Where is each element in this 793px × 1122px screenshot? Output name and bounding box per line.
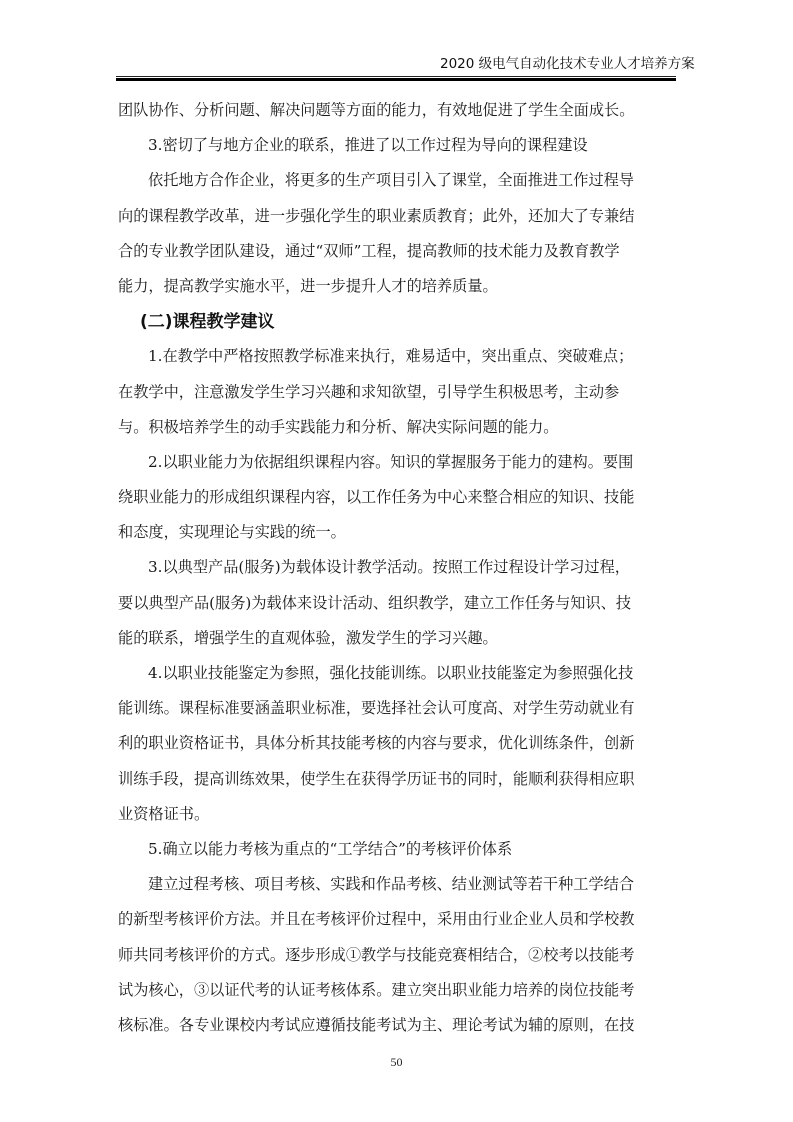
paragraph-line: 4.以职业技能鉴定为参照，强化技能训练。以职业技能鉴定为参照强化技 (118, 660, 684, 695)
paragraph-line: 业资格证书。 (118, 801, 684, 836)
paragraph-line: 合的专业教学团队建设，通过“双师”工程，提高教师的技术能力及教育教学 (118, 238, 684, 273)
paragraph-line: 5.确立以能力考核为重点的“工学结合”的考核评价体系 (118, 836, 684, 871)
paragraph-line: 1.在教学中严格按照教学标准来执行，难易适中，突出重点、突破难点； (118, 343, 684, 378)
paragraph-line: 训练手段，提高训练效果，使学生在获得学历证书的同时，能顺利获得相应职 (118, 766, 684, 801)
page-number: 50 (0, 1055, 793, 1070)
body-text: 团队协作、分析问题、解决问题等方面的能力，有效地促进了学生全面成长。 3.密切了… (118, 97, 684, 1047)
running-header-title: 2020 级电气自动化技术专业人才培养方案 (440, 52, 720, 72)
paragraph-line: 绕职业能力的形成组织课程内容，以工作任务为中心来整合相应的知识、技能 (118, 484, 684, 519)
paragraph-line: 3.以典型产品(服务)为载体设计教学活动。按照工作过程设计学习过程， (118, 554, 684, 589)
document-page: 2020 级电气自动化技术专业人才培养方案 团队协作、分析问题、解决问题等方面的… (0, 0, 793, 1122)
paragraph-line: 师共同考核评价的方式。逐步形成①教学与技能竞赛相结合，②校考以技能考 (118, 942, 684, 977)
paragraph-line: 3.密切了与地方企业的联系，推进了以工作过程为导向的课程建设 (118, 132, 684, 167)
paragraph-line: 依托地方合作企业，将更多的生产项目引入了课堂，全面推进工作过程导 (118, 167, 684, 202)
paragraph-line: 要以典型产品(服务)为载体来设计活动、组织教学，建立工作任务与知识、技 (118, 590, 684, 625)
header-rule-thick (116, 78, 676, 81)
paragraph-line: 与。积极培养学生的动手实践能力和分析、解决实际问题的能力。 (118, 414, 684, 449)
paragraph-line: 能训练。课程标准要涵盖职业标准，要选择社会认可度高、对学生劳动就业有 (118, 695, 684, 730)
header-rule-thin (116, 76, 676, 77)
paragraph-line: 和态度，实现理论与实践的统一。 (118, 519, 684, 554)
paragraph-line: 团队协作、分析问题、解决问题等方面的能力，有效地促进了学生全面成长。 (118, 97, 684, 132)
paragraph-line: 向的课程教学改革，进一步强化学生的职业素质教育；此外，还加大了专兼结 (118, 203, 684, 238)
paragraph-line: 利的职业资格证书，具体分析其技能考核的内容与要求，优化训练条件，创新 (118, 730, 684, 765)
paragraph-line: 核标准。各专业课校内考试应遵循技能考试为主、理论考试为辅的原则，在技 (118, 1012, 684, 1047)
paragraph-line: 试为核心，③以证代考的认证考核体系。建立突出职业能力培养的岗位技能考 (118, 977, 684, 1012)
paragraph-line: 能的联系，增强学生的直观体验，激发学生的学习兴趣。 (118, 625, 684, 660)
header-double-rule (116, 76, 676, 81)
paragraph-line: 建立过程考核、项目考核、实践和作品考核、结业测试等若干种工学结合 (118, 871, 684, 906)
paragraph-line: 在教学中，注意激发学生学习兴趣和求知欲望，引导学生积极思考，主动参 (118, 379, 684, 414)
paragraph-line: 2.以职业能力为依据组织课程内容。知识的掌握服务于能力的建构。要围 (118, 449, 684, 484)
section-heading: (二)课程教学建议 (118, 308, 684, 343)
paragraph-line: 能力，提高教学实施水平，进一步提升人才的培养质量。 (118, 273, 684, 308)
paragraph-line: 的新型考核评价方法。并且在考核评价过程中，采用由行业企业人员和学校教 (118, 906, 684, 941)
